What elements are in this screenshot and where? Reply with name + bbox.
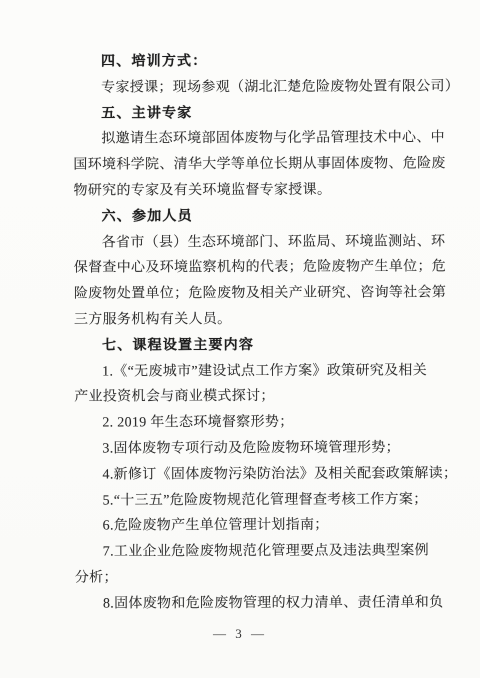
document-page: 四、培训方式：专家授课；现场参观（湖北汇楚危险废物处置有限公司）五、主讲专家拟邀… bbox=[0, 0, 480, 678]
text-line: 国环境科学院、清华大学等单位长期从事固体废物、危险废 bbox=[73, 152, 420, 179]
text-line: 险废物处置单位；危险废物及相关产业研究、咨询等社会第 bbox=[74, 281, 421, 308]
text-line: 3.固体废物专项行动及危险废物环境管理形势； bbox=[74, 435, 421, 462]
text-line: 6.危险废物产生单位管理计划指南； bbox=[75, 513, 422, 540]
section-heading: 六、参加人员 bbox=[74, 203, 421, 230]
section-heading: 五、主讲专家 bbox=[73, 100, 420, 127]
text-line: 三方服务机构有关人员。 bbox=[74, 306, 421, 333]
text-line: 保督查中心及环境监察机构的代表；危险废物产生单位；危 bbox=[74, 255, 421, 282]
text-line: 2. 2019 年生态环境督察形势； bbox=[74, 410, 421, 437]
text-line: 5.“十三五”危险废物规范化管理督查考核工作方案； bbox=[75, 487, 422, 514]
text-line: 拟邀请生态环境部固体废物与化学品管理技术中心、中 bbox=[73, 126, 420, 153]
text-line: 4.新修订《固体废物污染防治法》及相关配套政策解读； bbox=[74, 461, 421, 488]
text-line: 专家授课；现场参观（湖北汇楚危险废物处置有限公司） bbox=[73, 74, 420, 101]
text-line: 产业投资机会与商业模式探讨； bbox=[74, 384, 421, 411]
text-line: 物研究的专家及有关环境监督专家授课。 bbox=[73, 177, 420, 204]
page-number: — 3 — bbox=[0, 626, 480, 642]
document-body: 四、培训方式：专家授课；现场参观（湖北汇楚危险废物处置有限公司）五、主讲专家拟邀… bbox=[73, 48, 422, 617]
section-heading: 七、课程设置主要内容 bbox=[74, 332, 421, 359]
text-line: 各省市（县）生态环境部门、环监局、环境监测站、环 bbox=[74, 229, 421, 256]
text-line: 8.固体废物和危险废物管理的权力清单、责任清单和负 bbox=[75, 590, 422, 617]
text-line: 分析； bbox=[75, 564, 422, 591]
text-line: 7.工业企业危险废物规范化管理要点及违法典型案例 bbox=[75, 539, 422, 566]
section-heading: 四、培训方式： bbox=[73, 48, 420, 75]
text-line: 1.《“无废城市”建设试点工作方案》政策研究及相关 bbox=[74, 358, 421, 385]
